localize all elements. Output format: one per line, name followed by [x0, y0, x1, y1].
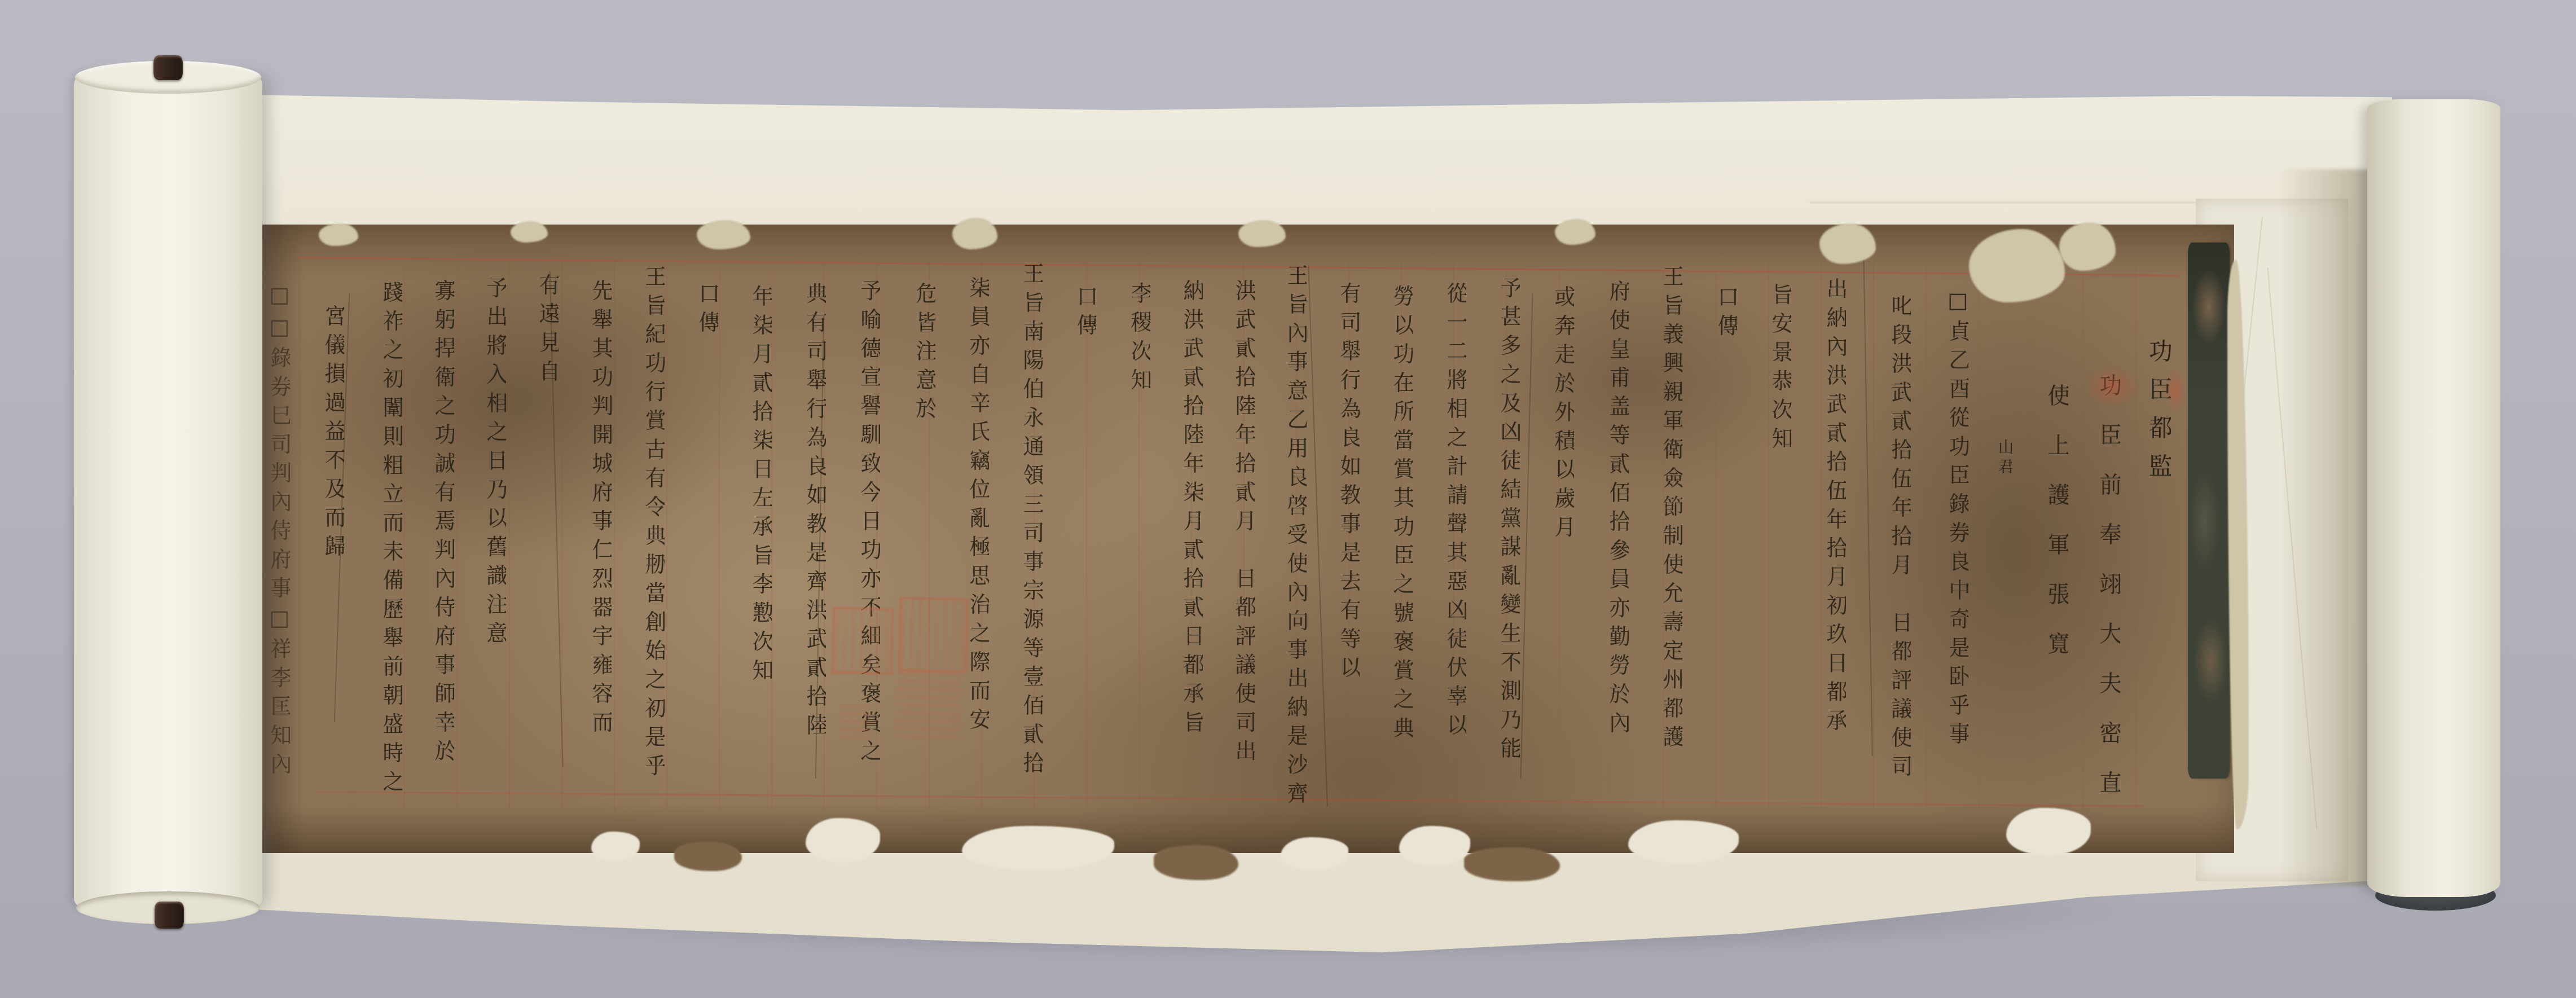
paper-loss-patch — [1555, 219, 1595, 245]
text-column: 王旨義興親軍衛僉節制使允壽定州都護 — [1652, 265, 1682, 754]
roller-knob-icon — [153, 55, 183, 80]
paper-loss-patch — [511, 221, 548, 243]
text-column: 踐祚之初闈則粗立而未備歷舉前朝盛時之 — [372, 281, 402, 799]
backing-show-through-patch — [591, 832, 640, 861]
paper-loss-patch — [1819, 223, 1876, 264]
official-seal-impression — [825, 590, 971, 746]
title-column: 功臣都監 — [2138, 338, 2171, 492]
paper-loss-patch — [2059, 222, 2116, 271]
text-column: 年柒月貳拾柒日左承旨李懃次知 — [741, 285, 772, 688]
text-column: 典有司舉行為良如教是齊洪武貳拾陸 — [795, 282, 826, 742]
text-column: 宮儀損過益不及而歸 — [314, 305, 344, 564]
text-column: 寡躬捍衛之功誠有焉判內侍府事師幸於 — [424, 279, 454, 768]
red-ink-smudge — [2164, 368, 2187, 413]
text-column: 王旨南陽伯永通領三司事宗源等壹佰貳拾 — [1012, 262, 1043, 780]
paper-loss-patch — [697, 220, 750, 249]
text-column: 李稷次知 — [1120, 282, 1150, 397]
text-column: 叱段洪武貳拾伍年拾月 日都評議使司 — [1880, 294, 1911, 784]
text-column: 予出將入相之日乃以舊識注意 — [476, 276, 506, 650]
photograph-of-handscroll: 功臣都監 功臣前奉翊大夫密直 使上護軍張寬 山君 □貞乙酉從功臣錄券良中奇是卧乎… — [0, 0, 2576, 998]
text-column: 洪武貳拾陸年拾貳月 日都評議使司出 — [1224, 279, 1255, 768]
roller-knob-icon — [155, 902, 184, 929]
text-column: 府使皇甫盖等貳佰拾參員亦勤勞於內 — [1598, 280, 1629, 740]
text-column: 有遠見自 — [528, 274, 559, 389]
text-column: □貞乙酉從功臣錄券良中奇是卧乎事 — [1938, 288, 1968, 751]
backing-show-through-patch — [2006, 808, 2091, 855]
backing-show-through-patch — [1399, 826, 1470, 865]
left-roller — [74, 73, 262, 909]
dark-backing-strip — [2188, 243, 2230, 779]
text-column: 勞以功在所當賞其功臣之號褒賞之典 — [1382, 285, 1413, 745]
text-column: 使上護軍張寬 — [2038, 384, 2068, 682]
text-column: 先舉其功判開城府事仁烈器宇雍容而 — [581, 279, 612, 740]
text-column: 有司舉行為良如教事是去有等以 — [1329, 282, 1360, 685]
seal-character-traces — [839, 704, 872, 740]
text-column: 口傳 — [688, 282, 718, 340]
partial-text-column: □□錄券巳司判內侍府事□祥李匡知內 — [263, 282, 290, 781]
text-column: 功臣前奉翊大夫密直 — [2090, 373, 2120, 819]
paper-loss-patch — [952, 218, 997, 249]
text-column: 予甚多之及凶徒結黨謀亂變生不測乃能 — [1489, 276, 1520, 766]
text-column: 或奔走於外積以歲月 — [1544, 285, 1574, 544]
backing-show-through-patch — [962, 826, 1114, 870]
backing-show-through-patch — [1628, 820, 1739, 863]
paper-loss-patch — [1969, 229, 2065, 302]
torn-edge-bump — [674, 842, 742, 871]
text-column: 納洪武貳拾陸年柒月貳拾貳日都承旨 — [1172, 279, 1203, 740]
seal-border-fragment — [898, 597, 969, 673]
text-column: 王旨紀功行賞古有令典刱當創始之初是乎 — [634, 265, 665, 783]
text-column: 從一二將相之計請聲其惡凶徒伏辜以 — [1436, 282, 1466, 742]
backing-show-through-patch — [1281, 837, 1348, 870]
torn-edge-bump — [1464, 847, 1560, 881]
text-column: 口傳 — [1707, 285, 1737, 343]
text-column: 旨安景恭次知 — [1761, 283, 1791, 456]
text-column: 危皆注意於 — [905, 282, 935, 426]
paper-roll-shadow — [2279, 169, 2375, 886]
backing-show-through-patch — [806, 818, 880, 862]
torn-edge-bump — [1154, 845, 1238, 880]
text-column: 王旨內事意乙用良啓受使內向事出納是沙齊 — [1276, 264, 1307, 811]
text-column: 口傳 — [1066, 285, 1096, 342]
red-ink-smudge — [2085, 366, 2139, 407]
seal-border-fragment — [832, 607, 894, 675]
text-column: 山君 — [1990, 439, 2012, 478]
seal-character-traces — [894, 671, 961, 739]
paper-loss-patch — [1238, 220, 1286, 247]
right-roller — [2367, 99, 2500, 897]
text-column: 出納內洪武貳拾伍年拾月初玖日都承 — [1815, 278, 1846, 738]
paper-loss-patch — [319, 223, 358, 246]
